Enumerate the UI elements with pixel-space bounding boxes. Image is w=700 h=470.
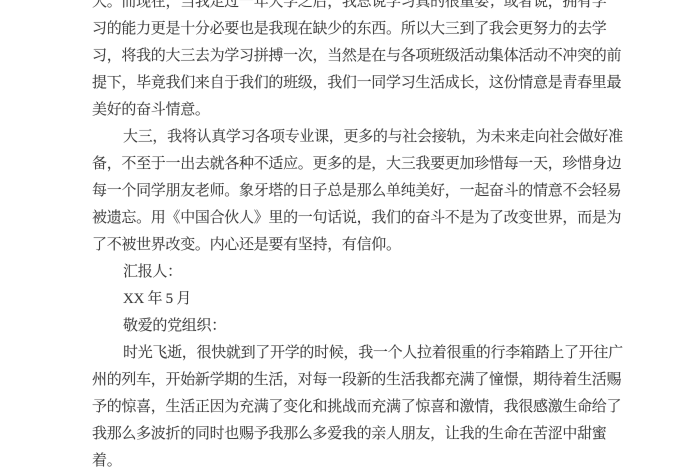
- document-page: 大。而现在，当我走过一年大学之后，我总说学习真的很重要；或者说，拥有学 习的能力…: [92, 0, 622, 470]
- document-line: 我那么多波折的同时也赐予我那么多爱我的亲人朋友，让我的生命在苦涩中甜蜜: [92, 421, 622, 448]
- paragraph-start-line: 时光飞逝，很快就到了开学的时候，我一个人拉着很重的行李箱踏上了开往广: [92, 340, 622, 367]
- document-line: 予的惊喜，生活正因为充满了变化和挑战而充满了惊喜和激情，我很感激生命给了: [92, 394, 622, 421]
- report-date-line: XX 年 5 月: [92, 286, 622, 313]
- document-line: 每一个同学朋友老师。象牙塔的日子总是那么单纯美好，一起奋斗的情意不会轻易: [92, 178, 622, 205]
- document-line: 被遗忘。用《中国合伙人》里的一句话说，我们的奋斗不是为了改变世界，而是为: [92, 205, 622, 232]
- document-line: 习的能力更是十分必要也是我现在缺少的东西。所以大三到了我会更努力的去学: [92, 16, 622, 43]
- document-line: 着。: [92, 448, 622, 470]
- salutation-line: 敬爱的党组织：: [92, 313, 622, 340]
- document-line: 美好的奋斗情意。: [92, 97, 622, 124]
- document-line: 州的列车，开始新学期的生活，对每一段新的生活我都充满了憧憬，期待着生活赐: [92, 367, 622, 394]
- paragraph-start-line: 大三，我将认真学习各项专业课，更多的与社会接轨，为未来走向社会做好准: [92, 124, 622, 151]
- document-line: 了不被世界改变。内心还是要有坚持，有信仰。: [92, 232, 622, 259]
- document-line-clipped: 大。而现在，当我走过一年大学之后，我总说学习真的很重要；或者说，拥有学: [92, 0, 622, 16]
- reporter-signature-line: 汇报人：: [92, 259, 622, 286]
- document-line: 习，将我的大三去为学习拼搏一次，当然是在与各项班级活动集体活动不冲突的前: [92, 43, 622, 70]
- document-line: 提下，毕竟我们来自于我们的班级，我们一同学习生活成长，这份情意是青春里最: [92, 70, 622, 97]
- document-line: 备，不至于一出去就各种不适应。更多的是，大三我要更加珍惜每一天，珍惜身边: [92, 151, 622, 178]
